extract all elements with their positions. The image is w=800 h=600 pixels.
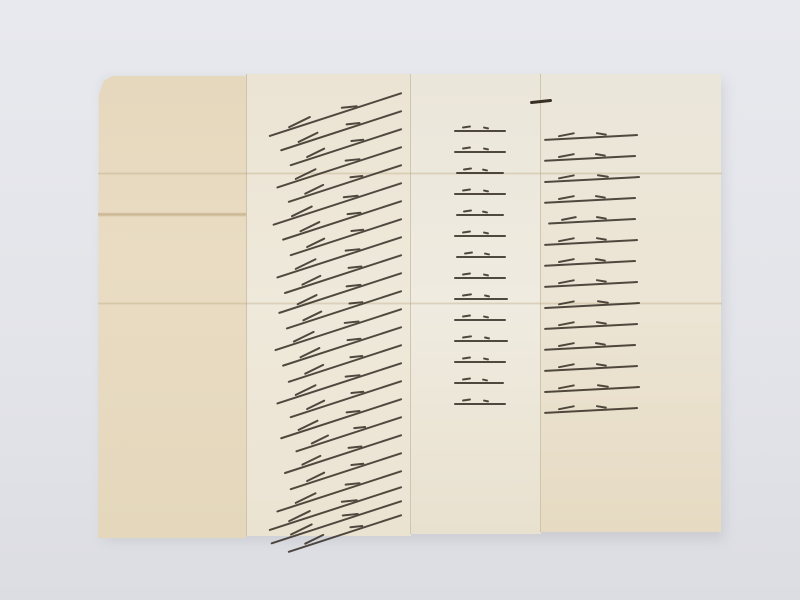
refrain-line bbox=[454, 382, 504, 384]
blank-left-panel bbox=[98, 76, 246, 538]
verse-line bbox=[276, 146, 402, 189]
left-verse-column bbox=[248, 72, 408, 532]
verse-line bbox=[544, 281, 638, 288]
verse-line bbox=[282, 326, 402, 367]
refrain-line bbox=[454, 235, 506, 237]
manuscript-sheet bbox=[98, 72, 722, 534]
verse-line bbox=[544, 260, 636, 267]
verse-line bbox=[280, 398, 402, 439]
refrain-line bbox=[454, 151, 506, 153]
verse-line bbox=[276, 362, 402, 405]
middle-refrain-column bbox=[410, 72, 540, 532]
verse-line bbox=[544, 407, 638, 414]
verse-line bbox=[278, 272, 402, 314]
verse-line bbox=[544, 386, 640, 393]
refrain-line bbox=[454, 298, 508, 300]
right-verse-column bbox=[540, 72, 720, 532]
refrain-line bbox=[456, 214, 504, 216]
verse-line bbox=[284, 434, 403, 474]
verse-line bbox=[544, 344, 636, 351]
refrain-line bbox=[454, 193, 506, 195]
refrain-line bbox=[454, 319, 506, 321]
refrain-line bbox=[456, 172, 504, 174]
verse-line bbox=[544, 365, 638, 372]
verse-line bbox=[544, 176, 640, 183]
refrain-line bbox=[454, 130, 506, 132]
verse-line bbox=[282, 200, 402, 241]
refrain-line bbox=[454, 340, 508, 342]
stain-band bbox=[98, 212, 246, 217]
verse-line bbox=[276, 236, 402, 279]
refrain-line bbox=[456, 256, 506, 258]
refrain-line bbox=[454, 277, 506, 279]
refrain-line bbox=[454, 403, 506, 405]
verse-line bbox=[544, 134, 638, 141]
verse-line bbox=[544, 323, 638, 330]
verse-line bbox=[544, 197, 636, 204]
verse-line bbox=[272, 182, 402, 226]
verse-line bbox=[274, 308, 402, 351]
refrain-line bbox=[454, 361, 506, 363]
photo-scene: Unfolded aged manuscript sheet with Otto… bbox=[0, 0, 800, 600]
verse-line bbox=[548, 218, 636, 225]
verse-line bbox=[284, 254, 403, 294]
verse-line bbox=[280, 110, 402, 151]
verse-line bbox=[544, 239, 638, 246]
verse-line bbox=[544, 302, 640, 309]
verse-line bbox=[544, 155, 636, 162]
